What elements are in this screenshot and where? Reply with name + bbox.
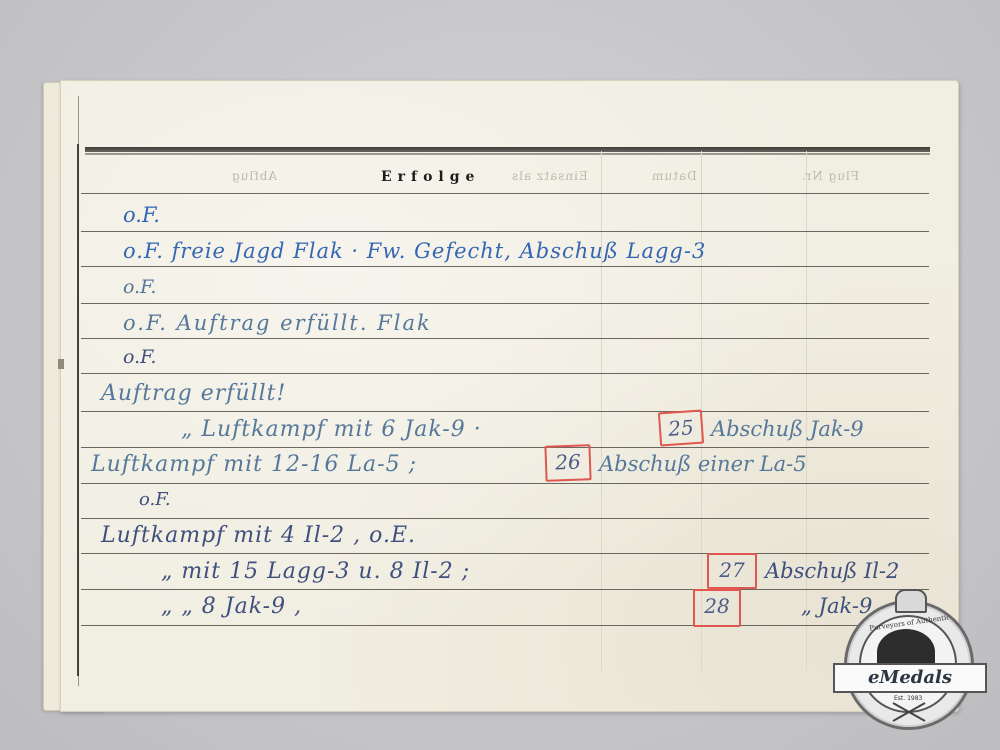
rule-line bbox=[81, 338, 929, 339]
column-title-erfolge: Erfolge bbox=[381, 169, 480, 185]
left-border-line bbox=[77, 144, 79, 676]
rule-line bbox=[81, 373, 929, 374]
binding-notch bbox=[58, 359, 64, 369]
faded-header: Flug Nr. bbox=[801, 169, 859, 183]
rule-line bbox=[81, 411, 929, 412]
emedals-watermark-logo: Purveyors of Authentic Militaria eMedals… bbox=[844, 600, 974, 730]
logo-brand: eMedals bbox=[833, 663, 987, 693]
entry-8: Luftkampf mit 12-16 La-5 ; bbox=[91, 454, 417, 476]
faded-header: Abflug bbox=[231, 169, 277, 183]
entry-12-note: „ Jak-9 bbox=[801, 596, 872, 617]
victory-box-28: 28 bbox=[693, 589, 741, 627]
logbook-page: Abflug Einsatz als Datum Flug Nr. Erfolg… bbox=[60, 80, 959, 712]
victory-box-26: 26 bbox=[544, 444, 591, 482]
crown-icon bbox=[895, 589, 927, 613]
entry-2: o.F. freie Jagd Flak · Fw. Gefecht, Absc… bbox=[123, 241, 706, 262]
header-bar-shadow bbox=[85, 153, 930, 155]
entry-6: Auftrag erfüllt! bbox=[101, 383, 286, 405]
rule-line bbox=[81, 447, 929, 448]
entry-9: o.F. bbox=[139, 491, 171, 509]
faded-header: Einsatz als bbox=[511, 169, 588, 183]
entry-5: o.F. bbox=[123, 348, 156, 367]
rule-line bbox=[81, 266, 929, 267]
entry-7-note: Abschuß Jak-9 bbox=[711, 419, 864, 440]
rule-line bbox=[81, 193, 929, 194]
entry-3: o.F. bbox=[123, 278, 156, 297]
entry-11: „ mit 15 Lagg-3 u. 8 Il-2 ; bbox=[161, 561, 470, 583]
entry-8-note: Abschuß einer La-5 bbox=[599, 454, 807, 475]
entry-1: o.F. bbox=[123, 205, 160, 226]
rule-line bbox=[81, 303, 929, 304]
victory-box-25: 25 bbox=[658, 410, 704, 447]
rule-line bbox=[81, 231, 929, 232]
faded-header: Datum bbox=[651, 169, 697, 183]
crossed-swords-icon bbox=[891, 701, 927, 723]
rule-line bbox=[81, 518, 929, 519]
header-bar bbox=[85, 147, 930, 152]
rule-line bbox=[81, 483, 929, 484]
entry-7: „ Luftkampf mit 6 Jak-9 · bbox=[181, 419, 482, 441]
entry-12: „ „ 8 Jak-9 , bbox=[161, 596, 302, 618]
victory-box-27: 27 bbox=[707, 553, 757, 589]
entry-4: o.F. Auftrag erfüllt. Flak bbox=[123, 313, 432, 334]
entry-11-note: Abschuß Il-2 bbox=[765, 561, 899, 582]
rule-line bbox=[81, 589, 929, 590]
rule-line bbox=[81, 625, 929, 626]
rule-line bbox=[81, 553, 929, 554]
entry-10: Luftkampf mit 4 Il-2 , o.E. bbox=[101, 525, 416, 547]
